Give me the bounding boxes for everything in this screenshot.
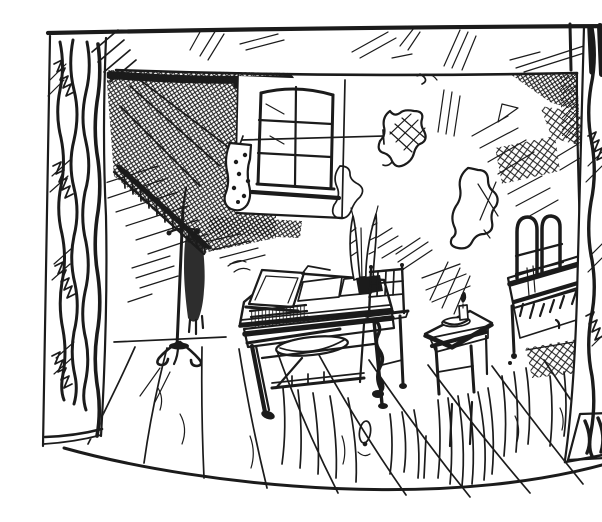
- hanging-coat: [184, 234, 205, 321]
- polka-dot-cloth: [225, 143, 251, 210]
- stage-set-illustration: Pen-and-ink theatre stage-set sketch of …: [40, 16, 602, 506]
